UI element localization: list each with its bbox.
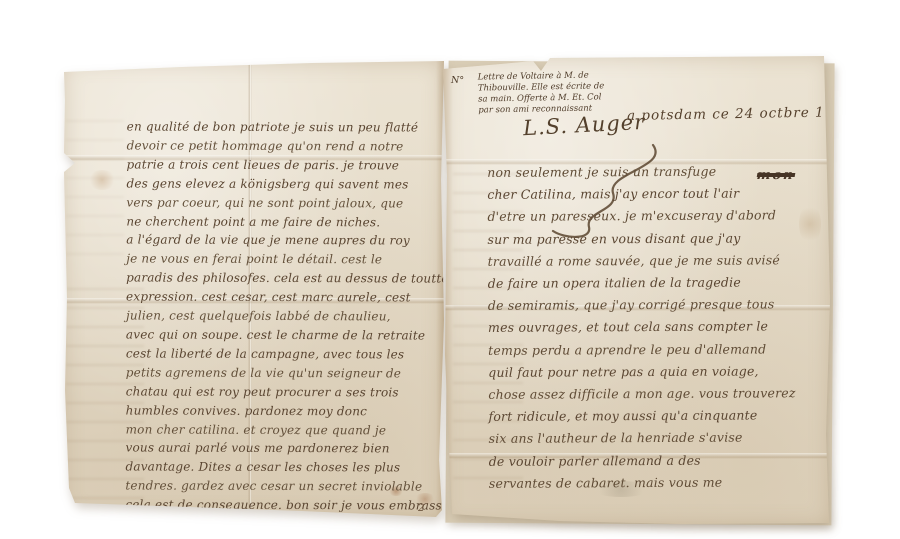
manuscript-line: sur ma paresse en vous disant que j'ay (487, 227, 819, 251)
manuscript-line: davantage. Dites a cesar les choses les … (125, 458, 437, 478)
struck-through-word: mon (756, 168, 797, 183)
manuscript-line: vous aurai parlé vous me pardonerez bien (126, 439, 438, 459)
manuscript-line: de faire un opera italien de la tragedie (488, 271, 820, 295)
manuscript-line: cher Catilina, mais j'ay encor tout l'ai… (487, 182, 819, 206)
manuscript-line: d'etre un paresseux. je m'excuseray d'ab… (487, 205, 819, 229)
manuscript-line: vers par coeur, qui ne sont point jaloux… (126, 193, 438, 213)
manuscript-line: en qualité de bon patriote je suis un pe… (127, 117, 439, 137)
manuscript-line: petits agremens de la vie qu'un seigneur… (126, 363, 438, 383)
manuscript-line: patrie a trois cent lieues de paris. je … (126, 155, 438, 175)
letter-page-right-wrap: N° Lettre de Voltaire à M. deThibouville… (441, 55, 831, 527)
manuscript-line: temps perdu a aprendre le peu d'allemand (488, 338, 820, 362)
manuscript-line: cest la liberté de la campagne, avec tou… (126, 344, 438, 364)
letter-page-right: N° Lettre de Voltaire à M. deThibouville… (441, 55, 831, 527)
letter-page-left: en qualité de bon patriote je suis un pe… (62, 60, 444, 518)
manuscript-line: je ne vous en ferai point le détail. ces… (126, 250, 438, 270)
manuscript-line: cela est de consequence. bon soir je vou… (125, 496, 437, 516)
manuscript-line: devoir ce petit hommage qu'on rend a not… (127, 136, 439, 156)
manuscript-line: des gens elevez a königsberg qui savent … (126, 174, 438, 194)
manuscript-line: humbles convives. pardonez moy donc (126, 401, 438, 421)
manuscript-line: avec qui on soupe. cest le charme de la … (126, 325, 438, 345)
letter-photograph: en qualité de bon patriote je suis un pe… (0, 0, 900, 539)
manuscript-line: a l'égard de la vie que je mene aupres d… (126, 231, 438, 251)
manuscript-line: six ans l'autheur de la henriade s'avise (489, 427, 821, 451)
manuscript-line: ne cherchent point a me faire de niches. (126, 212, 438, 232)
left-page-text: en qualité de bon patriote je suis un pe… (125, 117, 438, 515)
manuscript-line: mon cher catilina. et croyez que quand j… (126, 420, 438, 440)
manuscript-line: expression. cest cesar, cest marc aurele… (126, 288, 438, 308)
manuscript-line: quil faut pour netre pas a quia en voiag… (488, 360, 820, 384)
manuscript-line: julien, cest quelquefois labbé de chauli… (126, 307, 438, 327)
foxing-stain (88, 170, 116, 190)
manuscript-line: chose assez difficile a mon age. vous tr… (488, 382, 820, 406)
manuscript-line: de semiramis, que j'ay corrigé presque t… (488, 293, 820, 317)
manuscript-line: paradis des philosofes. cela est au dess… (126, 269, 438, 289)
numero-mark: N° (451, 75, 464, 86)
manuscript-line: tendres. gardez avec cesar un secret inv… (125, 477, 437, 497)
manuscript-line: fort ridicule, et moy aussi qu'a cinquan… (488, 404, 820, 428)
page-number: 2 (418, 503, 424, 514)
manuscript-line: chatau qui est roy peut procurer a ses t… (126, 382, 438, 402)
manuscript-line: travaillé a rome sauvée, que je me suis … (488, 249, 820, 273)
right-page-text: non seulement je suis un transfugecher C… (487, 160, 821, 495)
manuscript-line: servantes de cabaret. mais vous me (489, 471, 821, 495)
ink-bleed-through (66, 120, 124, 270)
letter-page-left-wrap: en qualité de bon patriote je suis un pe… (62, 60, 444, 518)
manuscript-line: de vouloir parler allemand a des (489, 449, 821, 473)
page-edge-shading (441, 55, 453, 527)
dateline: a potsdam ce 24 octbre 1750 (627, 104, 854, 124)
manuscript-line: mes ouvrages, et tout cela sans compter … (488, 316, 820, 340)
